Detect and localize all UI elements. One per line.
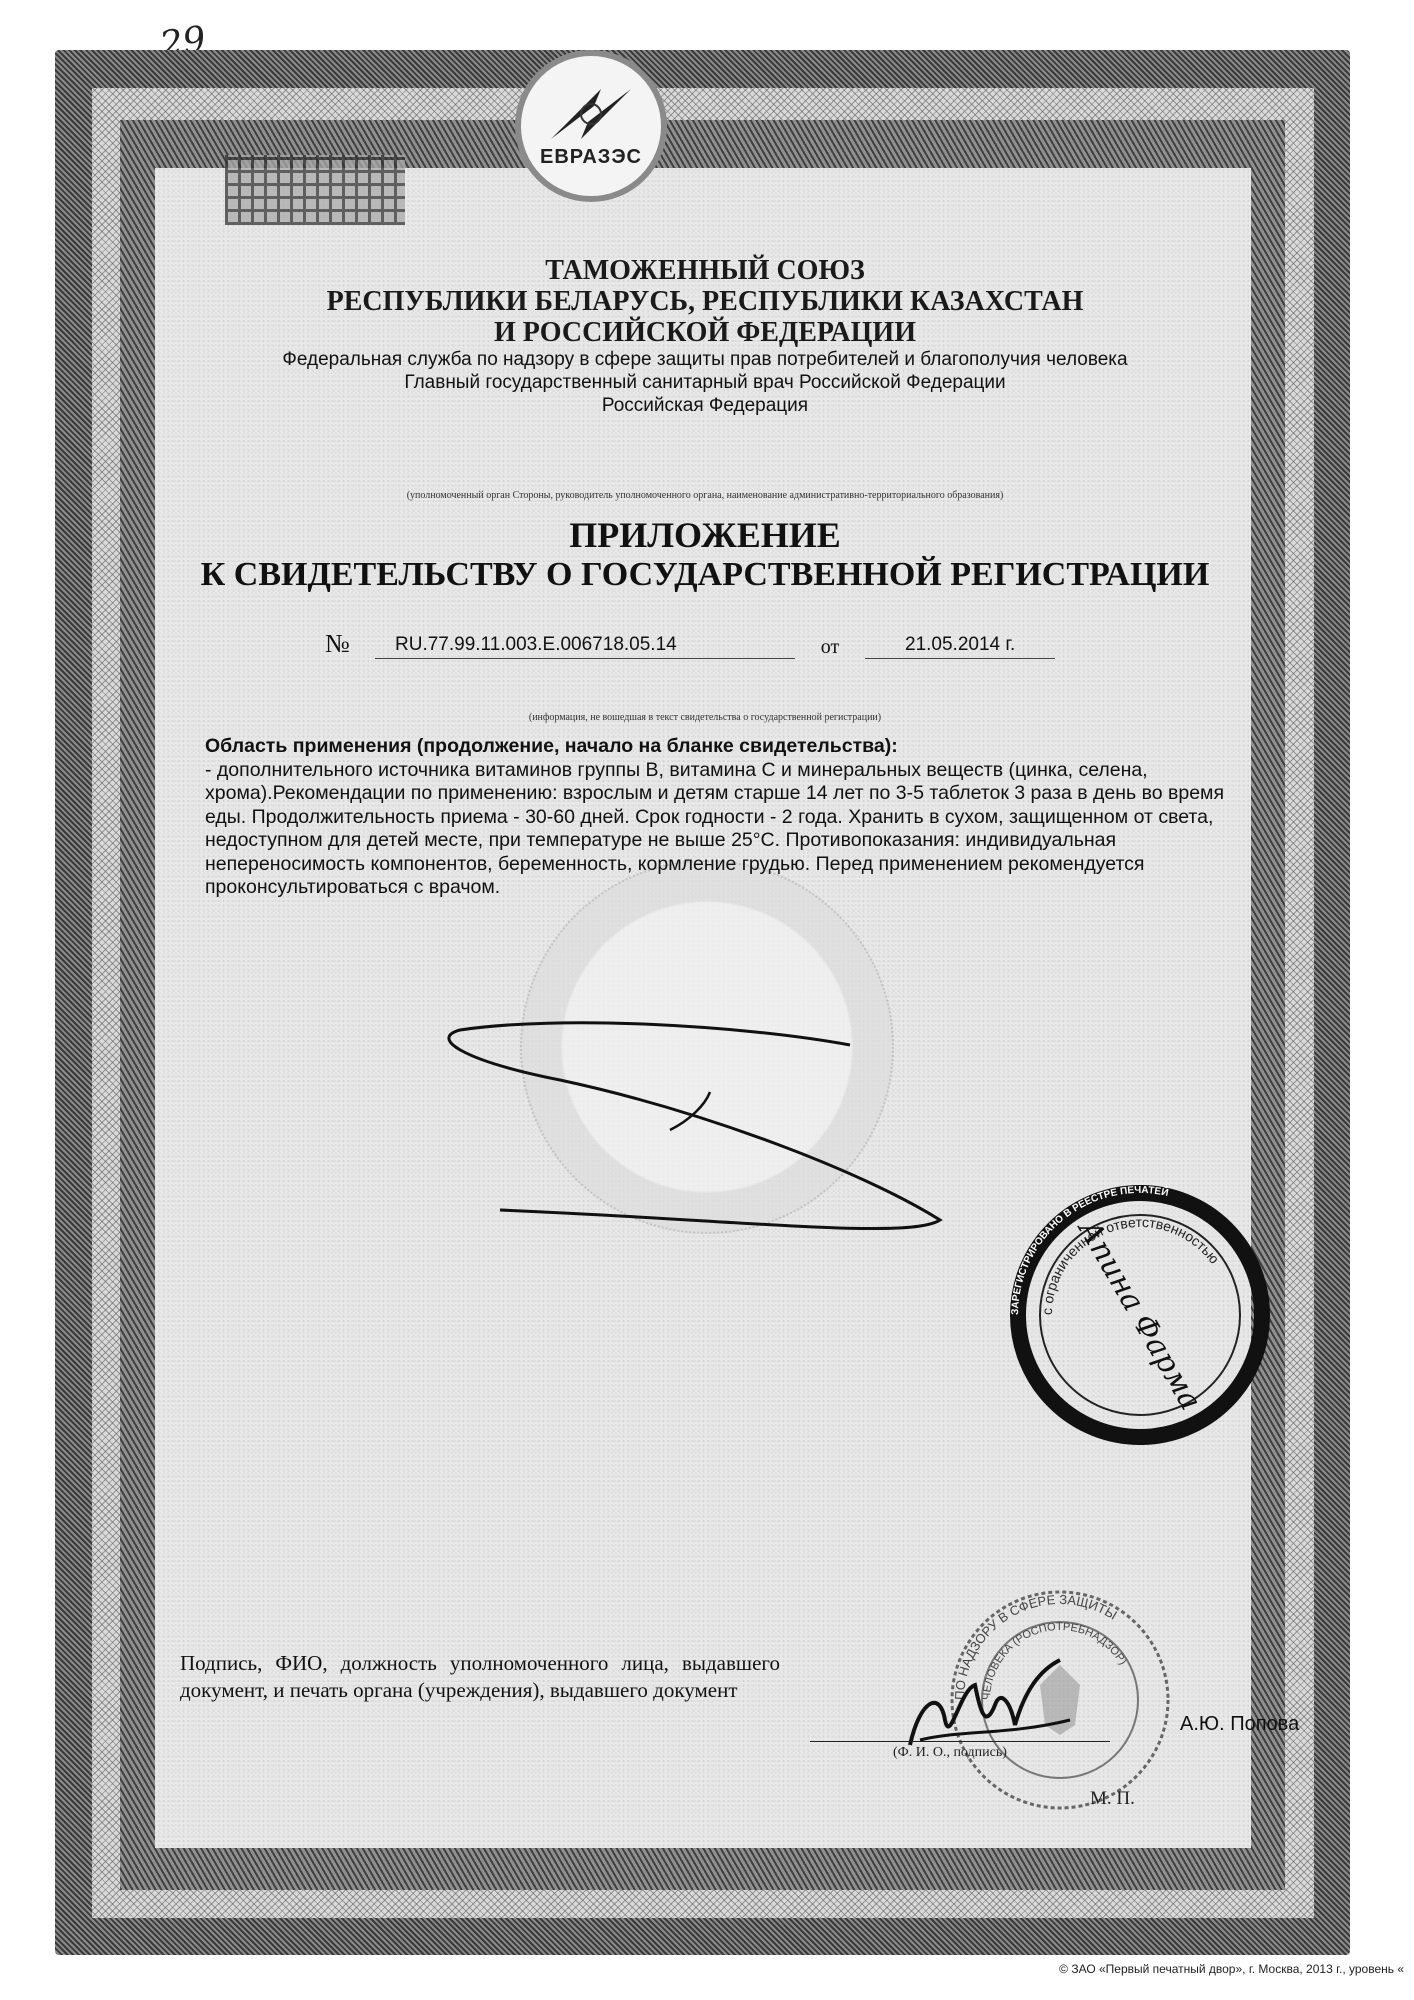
emblem-label: ЕВРАЗЭС [540,146,642,169]
registration-date: 21.05.2014 г. [865,634,1055,659]
registration-caption: (информация, не вошедшая в текст свидете… [160,712,1250,723]
authority-line: Главный государственный санитарный врач … [160,371,1250,394]
number-sign: № [325,629,375,659]
body-heading: Область применения (продолжение, начало … [205,735,1245,759]
printer-copyright: © ЗАО «Первый печатный двор», г. Москва,… [1059,1962,1404,1976]
company-stamp: ЗАРЕГИСТРИРОВАНО В РЕЕСТРЕ ПЕЧАТЕЙ с огр… [1010,1185,1270,1445]
emblem: ЕВРАЗЭС [515,50,667,202]
seal-mark: М. П. [1090,1788,1135,1810]
authority-line: Федеральная служба по надзору в сфере за… [160,348,1250,371]
cancellation-scrawl [440,980,960,1240]
body-text: Область применения (продолжение, начало … [205,735,1245,900]
body-paragraph: - дополнительного источника витаминов гр… [205,759,1245,900]
security-pattern [225,155,405,225]
union-line: РЕСПУБЛИКИ БЕЛАРУСЬ, РЕСПУБЛИКИ КАЗАХСТА… [160,286,1250,317]
registration-number: RU.77.99.11.003.E.006718.05.14 [375,634,795,659]
union-line: И РОССИЙСКОЙ ФЕДЕРАЦИИ [160,317,1250,348]
signature-label: Подпись, ФИО, должность уполномоченного … [180,1650,780,1704]
title-line-1: ПРИЛОЖЕНИЕ [160,515,1250,555]
authority-caption: (уполномоченный орган Стороны, руководит… [160,490,1250,501]
signature-caption: (Ф. И. О., подпись) [893,1745,1007,1761]
from-label: от [795,636,865,659]
signer-name: А.Ю. Попова [1180,1713,1299,1736]
document-title: ПРИЛОЖЕНИЕ К СВИДЕТЕЛЬСТВУ О ГОСУДАРСТВЕ… [160,515,1250,595]
title-line-2: К СВИДЕТЕЛЬСТВУ О ГОСУДАРСТВЕННОЙ РЕГИСТ… [160,555,1250,595]
signature-line [810,1741,1110,1742]
header-block: ТАМОЖЕННЫЙ СОЮЗ РЕСПУБЛИКИ БЕЛАРУСЬ, РЕС… [160,255,1250,417]
authority-line: Российская Федерация [160,394,1250,417]
eurasec-emblem-icon [546,84,636,144]
registration-line: № RU.77.99.11.003.E.006718.05.14 от 21.0… [325,625,1055,659]
union-line: ТАМОЖЕННЫЙ СОЮЗ [160,255,1250,286]
handwritten-signature [900,1650,1100,1760]
